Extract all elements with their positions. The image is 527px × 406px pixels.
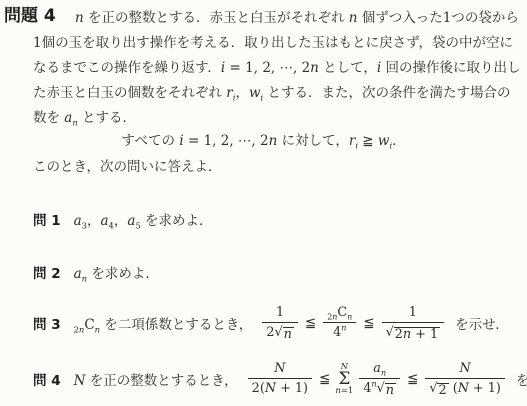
leq-symbol: ≦ <box>319 371 330 387</box>
problem-statement: n を正の整数とする．赤玉と白玉がそれぞれ n 個ずつ入った1つの袋から 1個の… <box>33 6 525 131</box>
question-1-text: a3，a4，a5 を求めよ． <box>74 209 213 229</box>
question-2-text: an を求めよ． <box>74 262 159 282</box>
question-2-label: 問 2 <box>33 262 61 282</box>
fraction-denominator: 2(N + 1) <box>248 379 312 397</box>
fraction-numerator: N <box>248 361 312 379</box>
leq-symbol: ≦ <box>363 315 374 331</box>
fraction-numerator: N <box>425 361 505 379</box>
statement-line-4: た赤玉と白玉の個数をそれぞれ ri，wi とする．また，次の条件を満たす場合の <box>33 81 525 106</box>
fraction-numerator: 2nCn <box>323 305 356 323</box>
statement-line-3: なるまでこの操作を繰り返す．i = 1, 2, ⋯, 2n として，i 回の操作… <box>33 56 525 81</box>
fraction-upper-bound: 1 √2n + 1 <box>382 305 445 341</box>
leq-symbol: ≦ <box>305 315 316 331</box>
statement-line-1: n を正の整数とする．赤玉と白玉がそれぞれ n 個ずつ入った1つの袋から <box>33 6 525 31</box>
fraction-denominator: √2 (N + 1) <box>425 379 505 397</box>
question-3-outro: を示せ． <box>455 313 509 333</box>
question-2-row: 問 2 an を求めよ． <box>33 259 159 284</box>
question-4-formula: N を正の整数とするとき， N 2(N + 1) ≦ N Σ n=1 an 4n… <box>74 361 527 397</box>
fraction-denominator: 4n <box>323 323 356 341</box>
fraction-lower-bound: 1 2√n <box>262 305 298 341</box>
fraction-lower-bound: N 2(N + 1) <box>248 361 312 397</box>
closing-sentence: このとき，次の問いに答えよ． <box>33 155 221 180</box>
question-3-intro: 2nCn を二項係数とするとき， <box>74 313 253 333</box>
fraction-upper-bound: N √2 (N + 1) <box>425 361 505 397</box>
fraction-numerator: 1 <box>262 305 298 323</box>
question-1-label: 問 1 <box>33 209 61 229</box>
question-4-intro: N を正の整数とするとき， <box>74 369 238 389</box>
fraction-numerator: an <box>359 361 400 379</box>
question-1-row: 問 1 a3，a4，a5 を求めよ． <box>33 206 213 231</box>
fraction-numerator: 1 <box>382 305 445 323</box>
statement-line-5: 数を an とする． <box>33 106 525 131</box>
question-3-label: 問 3 <box>33 313 61 333</box>
question-3-row: 問 3 2nCn を二項係数とするとき， 1 2√n ≦ 2nCn 4n ≦ 1… <box>33 297 509 349</box>
question-3-formula: 2nCn を二項係数とするとき， 1 2√n ≦ 2nCn 4n ≦ 1 √2n… <box>74 305 509 341</box>
condition-formula: すべての i = 1, 2, ⋯, 2n に対して，ri ≧ wi． <box>0 129 527 154</box>
summation-symbol: N Σ n=1 <box>335 363 353 396</box>
statement-line-2: 1個の玉を取り出す操作を考える．取り出した玉はもとに戻さず，袋の中が空に <box>33 31 525 56</box>
question-4-row: 問 4 N を正の整数とするとき， N 2(N + 1) ≦ N Σ n=1 a… <box>33 353 527 405</box>
fraction-summand: an 4n√n <box>359 361 400 397</box>
fraction-denominator: 2√n <box>262 323 298 341</box>
question-4-label: 問 4 <box>33 369 61 389</box>
summation-lower-limit: n=1 <box>335 387 353 396</box>
fraction-binomial: 2nCn 4n <box>323 305 356 341</box>
leq-symbol: ≦ <box>407 371 418 387</box>
fraction-denominator: 4n√n <box>359 379 400 397</box>
exam-page: 問題 4 n を正の整数とする．赤玉と白玉がそれぞれ n 個ずつ入った1つの袋か… <box>0 0 527 406</box>
question-4-outro: を示せ． <box>516 369 527 389</box>
sigma-icon: Σ <box>338 371 350 387</box>
fraction-denominator: √2n + 1 <box>382 323 445 341</box>
